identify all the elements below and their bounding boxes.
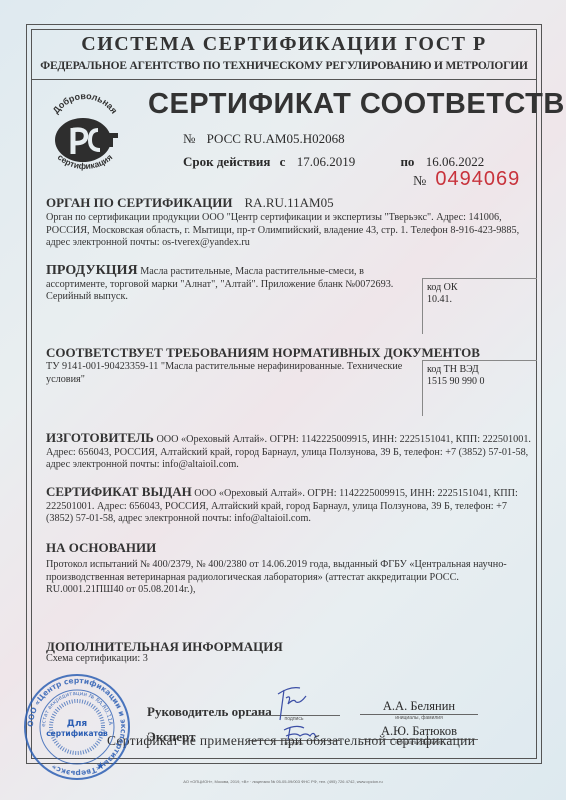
organ-code: RA.RU.11АМ05 bbox=[245, 195, 334, 210]
seal-stamp-icon: ООО «Центр сертификации и экспертизы «Тв… bbox=[22, 672, 132, 782]
section-product: ПРОДУКЦИЯ Масла растительные, Масла раст… bbox=[46, 265, 396, 304]
to-label: по bbox=[400, 154, 414, 169]
normative-text: ТУ 9141-001-90423359-11 "Масла раститель… bbox=[46, 361, 416, 386]
certificate-title: СЕРТИФИКАТ СООТВЕТСТВИЯ bbox=[148, 88, 566, 121]
tnved-code-value: 1515 90 990 0 bbox=[427, 376, 537, 388]
blank-number: № 0494069 bbox=[413, 168, 520, 191]
valid-from: 17.06.2019 bbox=[297, 154, 356, 169]
valid-to: 16.06.2022 bbox=[426, 154, 485, 169]
tnved-code-label: код ТН ВЭД bbox=[427, 364, 537, 376]
logo-top-text: Добровольная bbox=[51, 91, 120, 116]
system-title: СИСТЕМА СЕРТИФИКАЦИИ ГОСТ Р bbox=[32, 33, 536, 56]
extra-text: Схема сертификации: 3 bbox=[46, 653, 532, 666]
okpd-code-value: 10.41. bbox=[427, 294, 537, 306]
manufacturer-heading: ИЗГОТОВИТЕЛЬ bbox=[46, 430, 154, 445]
normative-heading: СООТВЕТСТВУЕТ ТРЕБОВАНИЯМ НОРМАТИВНЫХ ДО… bbox=[46, 345, 416, 361]
basis-heading: НА ОСНОВАНИИ bbox=[46, 540, 532, 556]
okpd-code-label: код ОК bbox=[427, 282, 537, 294]
organ-heading: ОРГАН ПО СЕРТИФИКАЦИИ bbox=[46, 195, 233, 210]
header-divider bbox=[32, 79, 536, 80]
section-certification-body: ОРГАН ПО СЕРТИФИКАЦИИ RA.RU.11АМ05 Орган… bbox=[46, 194, 532, 250]
section-issued-to: СЕРТИФИКАТ ВЫДАН ООО «Ореховый Алтай». О… bbox=[46, 486, 532, 526]
tnved-code-box: код ТН ВЭД 1515 90 990 0 bbox=[422, 360, 537, 416]
number-label: № bbox=[183, 131, 195, 146]
blank-number-value: 0494069 bbox=[435, 168, 520, 190]
certificate-number-line: № РОСС RU.АМ05.Н02068 bbox=[183, 131, 345, 147]
rst-logo-icon: Добровольная сертификация bbox=[40, 88, 130, 178]
section-normative-documents: СООТВЕТСТВУЕТ ТРЕБОВАНИЯМ НОРМАТИВНЫХ ДО… bbox=[46, 345, 416, 386]
blank-number-label: № bbox=[413, 174, 426, 189]
validity-label: Срок действия bbox=[183, 154, 270, 169]
okpd-code-box: код ОК 10.41. bbox=[422, 278, 537, 334]
stamp-star-icon: ★ bbox=[96, 761, 105, 772]
section-manufacturer: ИЗГОТОВИТЕЛЬ ООО «Ореховый Алтай». ОГРН:… bbox=[46, 432, 532, 472]
head-signature-icon bbox=[270, 684, 310, 724]
svg-text:Добровольная: Добровольная bbox=[51, 91, 120, 116]
product-heading: ПРОДУКЦИЯ bbox=[46, 263, 138, 278]
section-basis: НА ОСНОВАНИИ Протокол испытаний № 400/23… bbox=[46, 540, 532, 597]
stamp-center-1: Для bbox=[67, 719, 88, 729]
agency-name: ФЕДЕРАЛЬНОЕ АГЕНТСТВО ПО ТЕХНИЧЕСКОМУ РЕ… bbox=[32, 60, 536, 72]
section-additional-info: ДОПОЛНИТЕЛЬНАЯ ИНФОРМАЦИЯ Схема сертифик… bbox=[46, 639, 532, 666]
head-name-field: А.А. Белянин инициалы, фамилия bbox=[360, 699, 478, 721]
issued-heading: СЕРТИФИКАТ ВЫДАН bbox=[46, 484, 192, 499]
head-name-caption: инициалы, фамилия bbox=[360, 715, 478, 721]
from-label: с bbox=[280, 154, 286, 169]
stamp-center-2: сертификатов bbox=[46, 729, 108, 738]
organ-text: Орган по сертификации продукции ООО "Цен… bbox=[46, 212, 532, 250]
basis-text: Протокол испытаний № 400/2379, № 400/238… bbox=[46, 559, 532, 597]
head-name: А.А. Белянин bbox=[360, 699, 478, 714]
certificate-number: РОСС RU.АМ05.Н02068 bbox=[207, 131, 345, 146]
voluntary-note: Сертификат не применяется при обязательн… bbox=[107, 733, 475, 749]
